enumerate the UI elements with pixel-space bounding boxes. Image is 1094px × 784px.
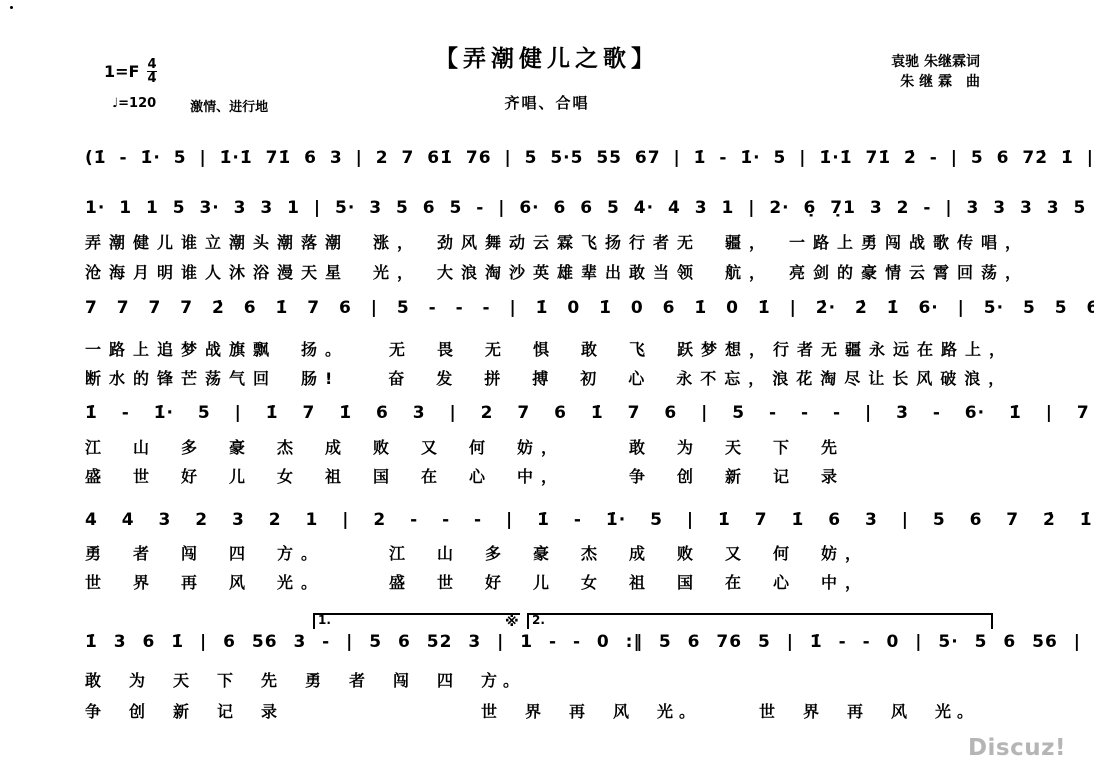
lyric-line-6: 盛 世 好 儿 女 祖 国 在 心 中， 争 创 新 记 录: [85, 464, 845, 487]
credits: 袁驰 朱继霖词 朱 继 霖 曲: [891, 52, 980, 92]
scan-artifact-dot: [10, 6, 13, 9]
discuz-watermark: Discuz!: [968, 735, 1066, 761]
segno-mark: ※: [505, 614, 519, 630]
lyric-line-1: 弄潮健儿谁立潮头潮落潮 涨， 劲风舞动云霖飞扬行者无 疆， 一路上勇闯战歌传唱，: [85, 230, 1029, 253]
volta-1-label: 1.: [318, 613, 331, 627]
intro-notation-line: (1̇ - 1̇· 5 | 1̇·1̇ 71̇ 6 3 | 2 7 61̇ 76…: [85, 148, 1094, 168]
composer-credit: 朱 继 霖 曲: [891, 72, 980, 92]
verse-notation-line-1: 1· 1 1 5 3· 3 3 1 | 5· 3 5 6 5 - | 6· 6 …: [85, 198, 1094, 218]
chorus-notation-line-1: 1̇ - 1̇· 5 | 1̇ 7 1̇ 6 3 | 2 7 6 1̇ 7 6 …: [85, 403, 1094, 423]
lyric-line-2: 沧海月明谁人沐浴漫天星 光， 大浪淘沙英雄辈出敢当领 航， 亮剑的豪情云霄回荡，: [85, 260, 1029, 283]
first-ending-notation: 5 6 52 3 | 1 - - 0 :‖: [369, 632, 659, 652]
lyric-line-4: 断水的锋芒荡气回 肠! 奋 发 拼 搏 初 心 永不忘，浪花淘尽让长风破浪，: [85, 366, 1012, 389]
lyric-line-3: 一路上追梦战旗飘 扬。 无 畏 无 惧 敢 飞 跃梦想，行者无疆永远在路上，: [85, 337, 1013, 360]
performance-type: 齐唱、合唱: [0, 92, 1094, 113]
lyric-line-7: 勇 者 闯 四 方。 江 山 多 豪 杰 成 败 又 何 妨，: [85, 541, 869, 564]
lyric-line-10: 争 创 新 记 录 世 界 再 风 光。 世 界 再 风 光。: [85, 699, 979, 722]
second-ending-notation: 5 6 76 5 | 1̇ - - 0 | 5· 5 6 56 | 1̇ - -…: [659, 632, 1094, 652]
verse-notation-line-2: 7 7 7 7 2̇ 6 1̇ 7 6 | 5 - - - | 1̇ 0 1̇ …: [85, 298, 1094, 318]
sheet-music-page: 1=F 4 4 ♩=120 激情、进行地 【弄潮健儿之歌】 齐唱、合唱 袁驰 朱…: [0, 0, 1094, 784]
lyric-line-5: 江 山 多 豪 杰 成 败 又 何 妨， 敢 为 天 下 先: [85, 435, 845, 458]
final-notation-intro: 1̇ 3 6 1̇ | 6 56 3 - |: [85, 632, 369, 652]
volta-bracket-1: 1.: [313, 613, 520, 629]
lyric-line-9: 敢 为 天 下 先 勇 者 闯 四 方。: [85, 668, 525, 691]
volta-2-label: 2.: [532, 613, 545, 627]
final-notation-line: 1̇ 3 6 1̇ | 6 56 3 - | 5 6 52 3 | 1 - - …: [85, 632, 1094, 652]
volta-bracket-2: 2.: [527, 613, 993, 629]
lyric-line-8: 世 界 再 风 光。 盛 世 好 儿 女 祖 国 在 心 中，: [85, 570, 869, 593]
chorus-notation-line-2: 4 4 3 2 3 2 1 | 2 - - - | 1̇ - 1̇· 5 | 1…: [85, 510, 1094, 530]
lyricist-credit: 袁驰 朱继霖词: [891, 52, 980, 72]
time-denominator: 4: [147, 71, 156, 85]
